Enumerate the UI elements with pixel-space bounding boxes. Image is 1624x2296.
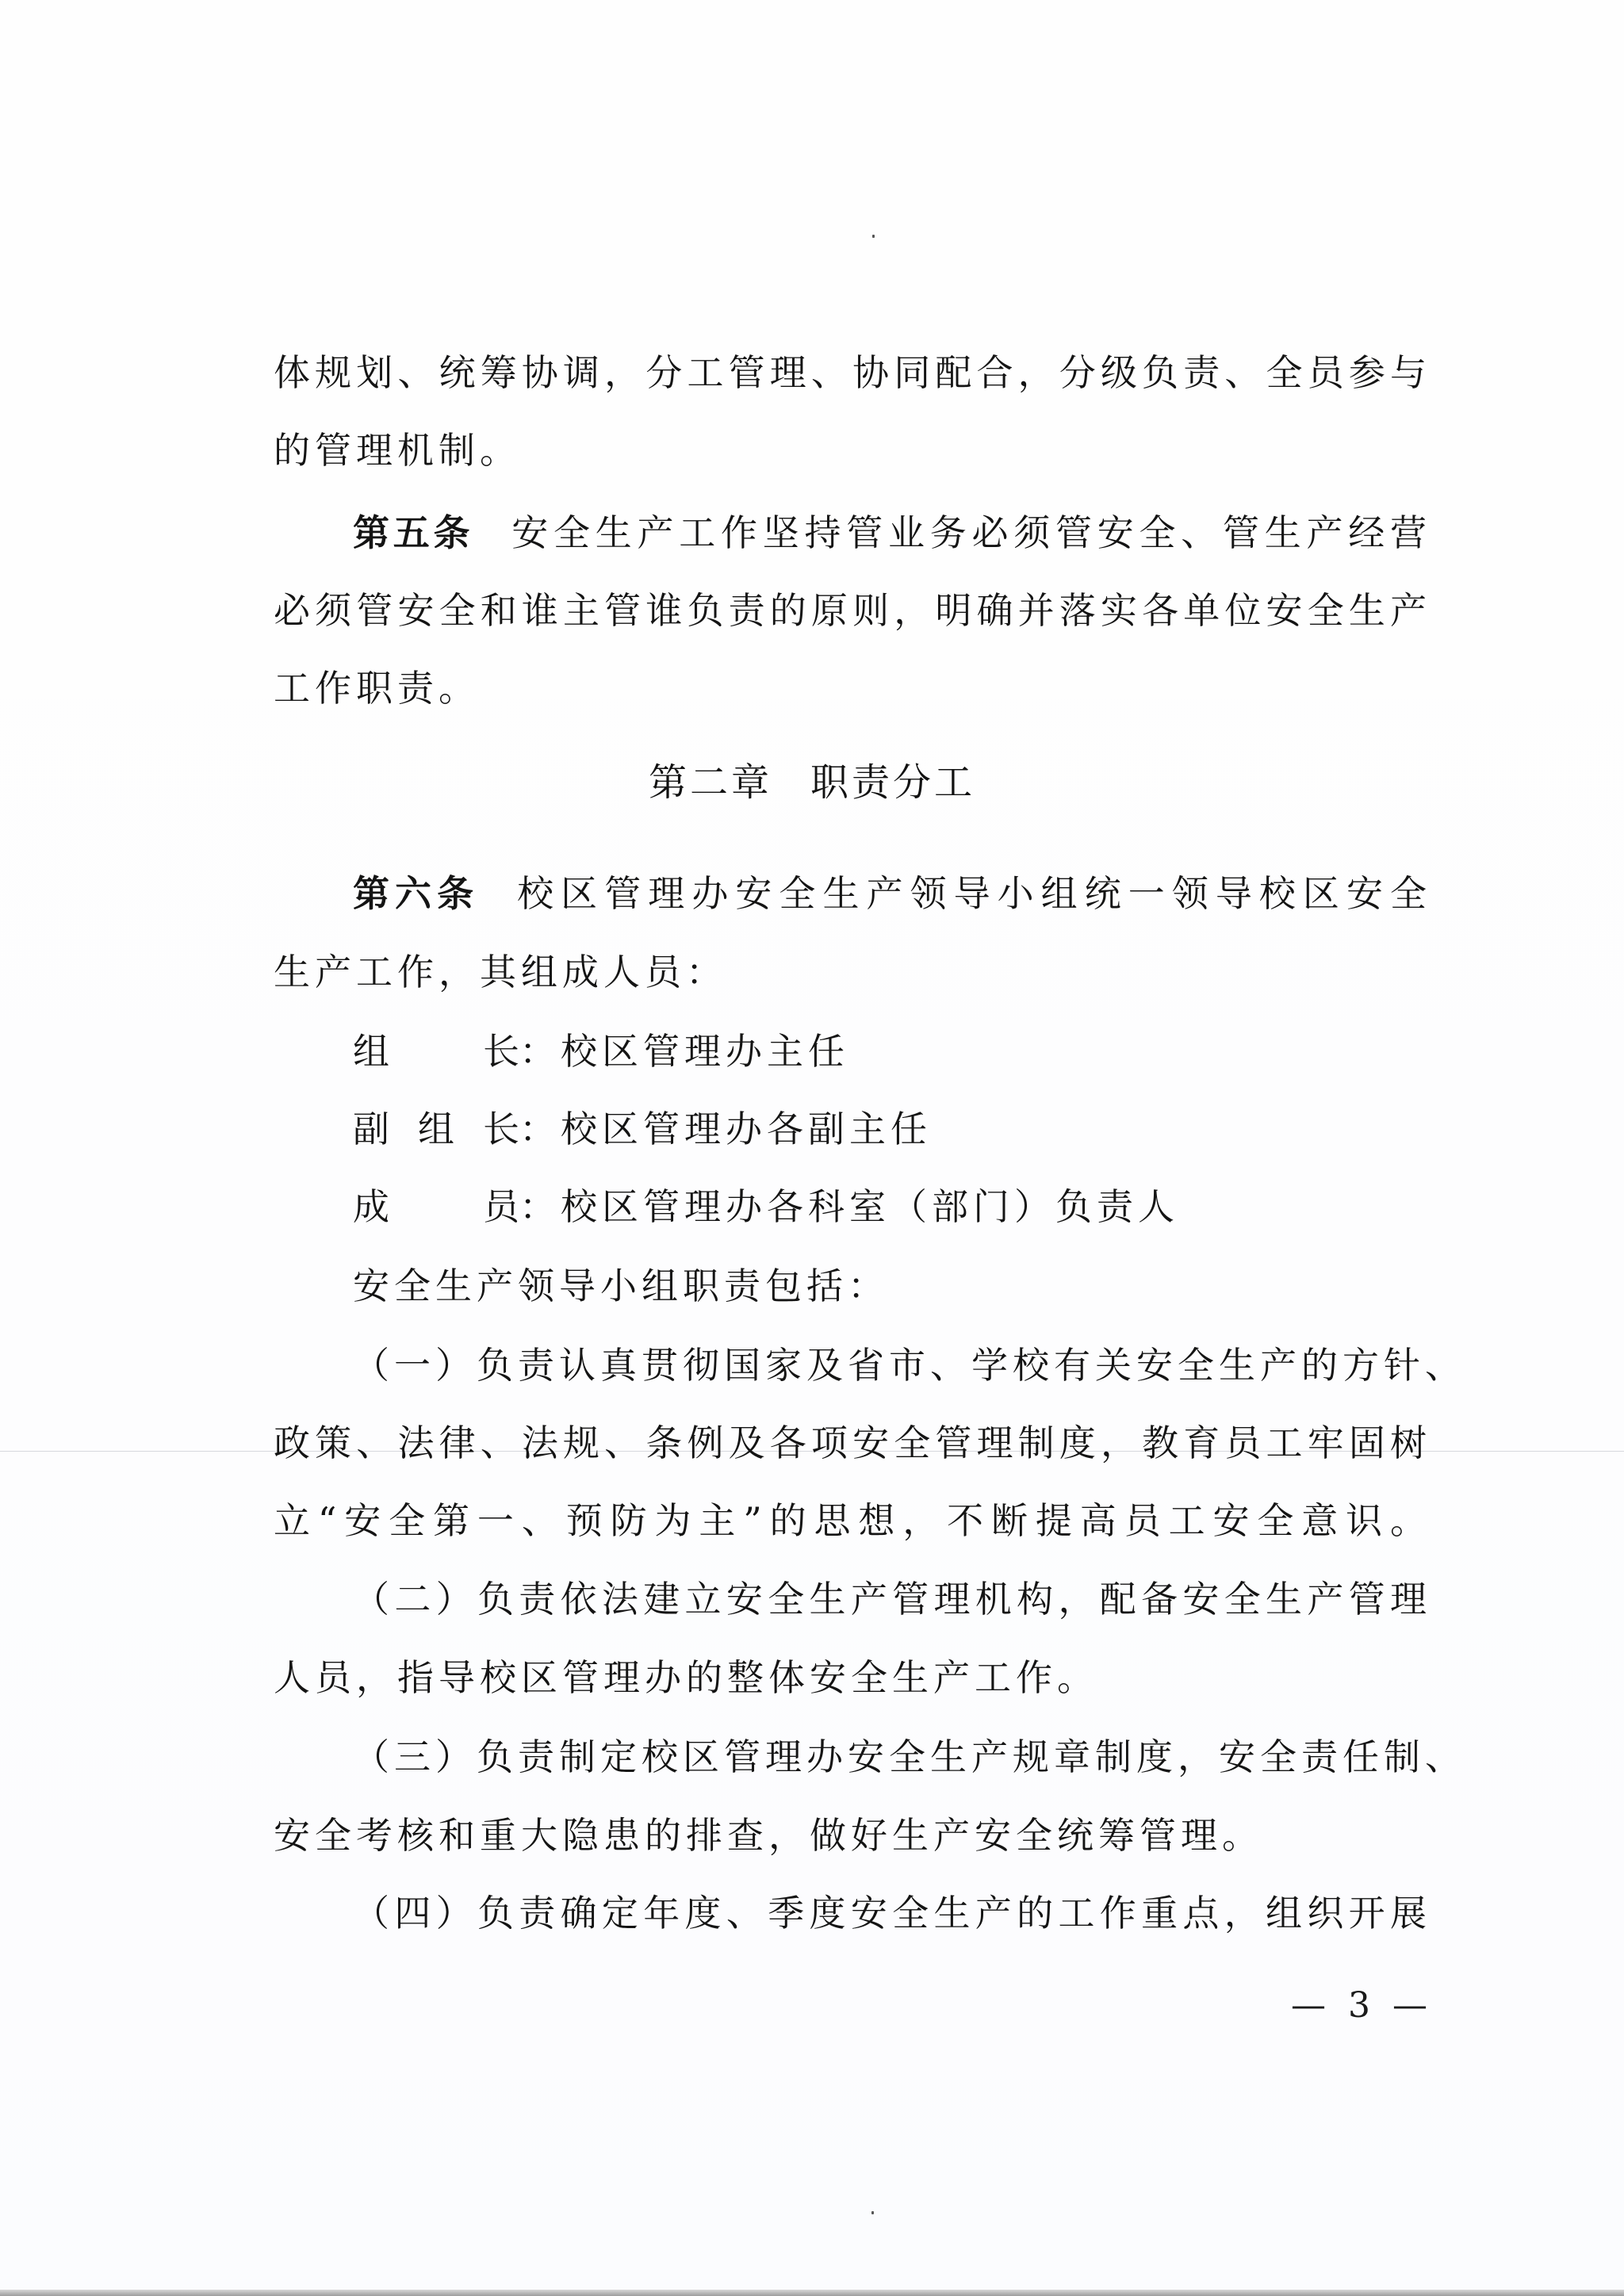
member-colon: ： bbox=[519, 1183, 561, 1230]
scan-speck bbox=[871, 2211, 874, 2214]
member-role: 成 员 bbox=[353, 1183, 519, 1230]
member-value: 校区管理办各副主任 bbox=[561, 1108, 932, 1150]
duty-2-line-2: 人员，指导校区管理办的整体安全生产工作。 bbox=[274, 1654, 1431, 1701]
article-6-line-1: 第六条校区管理办安全生产领导小组统一领导校区安全 bbox=[353, 870, 1431, 917]
member-row-deputy: 副组长：校区管理办各副主任 bbox=[353, 1105, 932, 1153]
article-5-line-3: 工作职责。 bbox=[274, 664, 1431, 712]
member-value: 校区管理办主任 bbox=[561, 1030, 849, 1073]
duty-3-line-2: 安全考核和重大隐患的排查，做好生产安全统筹管理。 bbox=[274, 1812, 1431, 1859]
duty-1-line-1: （一）负责认真贯彻国家及省市、学校有关安全生产的方针、 bbox=[353, 1341, 1431, 1389]
duties-intro: 安全生产领导小组职责包括： bbox=[353, 1262, 1431, 1310]
article-6-label: 第六条 bbox=[353, 872, 479, 915]
article-5-label: 第五条 bbox=[353, 511, 473, 554]
document-page: 体规划、统筹协调，分工管理、协同配合，分级负责、全员参与 的管理机制。 第五条安… bbox=[0, 0, 1624, 2296]
paragraph-line: 体规划、统筹协调，分工管理、协同配合，分级负责、全员参与 bbox=[274, 349, 1431, 396]
member-colon: ： bbox=[519, 1027, 561, 1075]
article-6-line-2: 生产工作，其组成人员： bbox=[274, 948, 1431, 996]
member-value: 校区管理办各科室（部门）负责人 bbox=[561, 1185, 1179, 1228]
article-5-line-2: 必须管安全和谁主管谁负责的原则，明确并落实各单位安全生产 bbox=[274, 587, 1431, 634]
chapter-heading: 第二章职责分工 bbox=[0, 757, 1624, 808]
article-5-text: 安全生产工作坚持管业务必须管安全、管生产经营 bbox=[511, 511, 1431, 554]
member-role: 组 长 bbox=[353, 1027, 519, 1075]
article-5-line-1: 第五条安全生产工作坚持管业务必须管安全、管生产经营 bbox=[353, 509, 1431, 557]
scan-bottom-edge bbox=[0, 2290, 1624, 2296]
duty-2-line-1: （二）负责依法建立安全生产管理机构，配备安全生产管理 bbox=[353, 1575, 1431, 1623]
duty-1-line-2: 政策、法律、法规、条例及各项安全管理制度，教育员工牢固树 bbox=[274, 1419, 1431, 1467]
chapter-number: 第二章 bbox=[649, 760, 772, 805]
member-row-members: 成 员：校区管理办各科室（部门）负责人 bbox=[353, 1183, 1179, 1230]
paragraph-line: 的管理机制。 bbox=[274, 427, 1431, 474]
member-colon: ： bbox=[519, 1105, 561, 1153]
member-row-leader: 组 长：校区管理办主任 bbox=[353, 1027, 849, 1075]
duty-1-line-3: 立“安全第一、预防为主”的思想，不断提高员工安全意识。 bbox=[274, 1497, 1431, 1544]
scan-speck bbox=[872, 235, 875, 238]
page-number: — 3 — bbox=[1269, 1982, 1427, 2030]
duty-4-line-1: （四）负责确定年度、季度安全生产的工作重点，组织开展 bbox=[353, 1889, 1431, 1937]
member-role: 副组长 bbox=[353, 1105, 519, 1153]
duty-3-line-1: （三）负责制定校区管理办安全生产规章制度，安全责任制、 bbox=[353, 1733, 1431, 1781]
article-6-text: 校区管理办安全生产领导小组统一领导校区安全 bbox=[517, 872, 1431, 915]
chapter-title: 职责分工 bbox=[810, 760, 975, 805]
